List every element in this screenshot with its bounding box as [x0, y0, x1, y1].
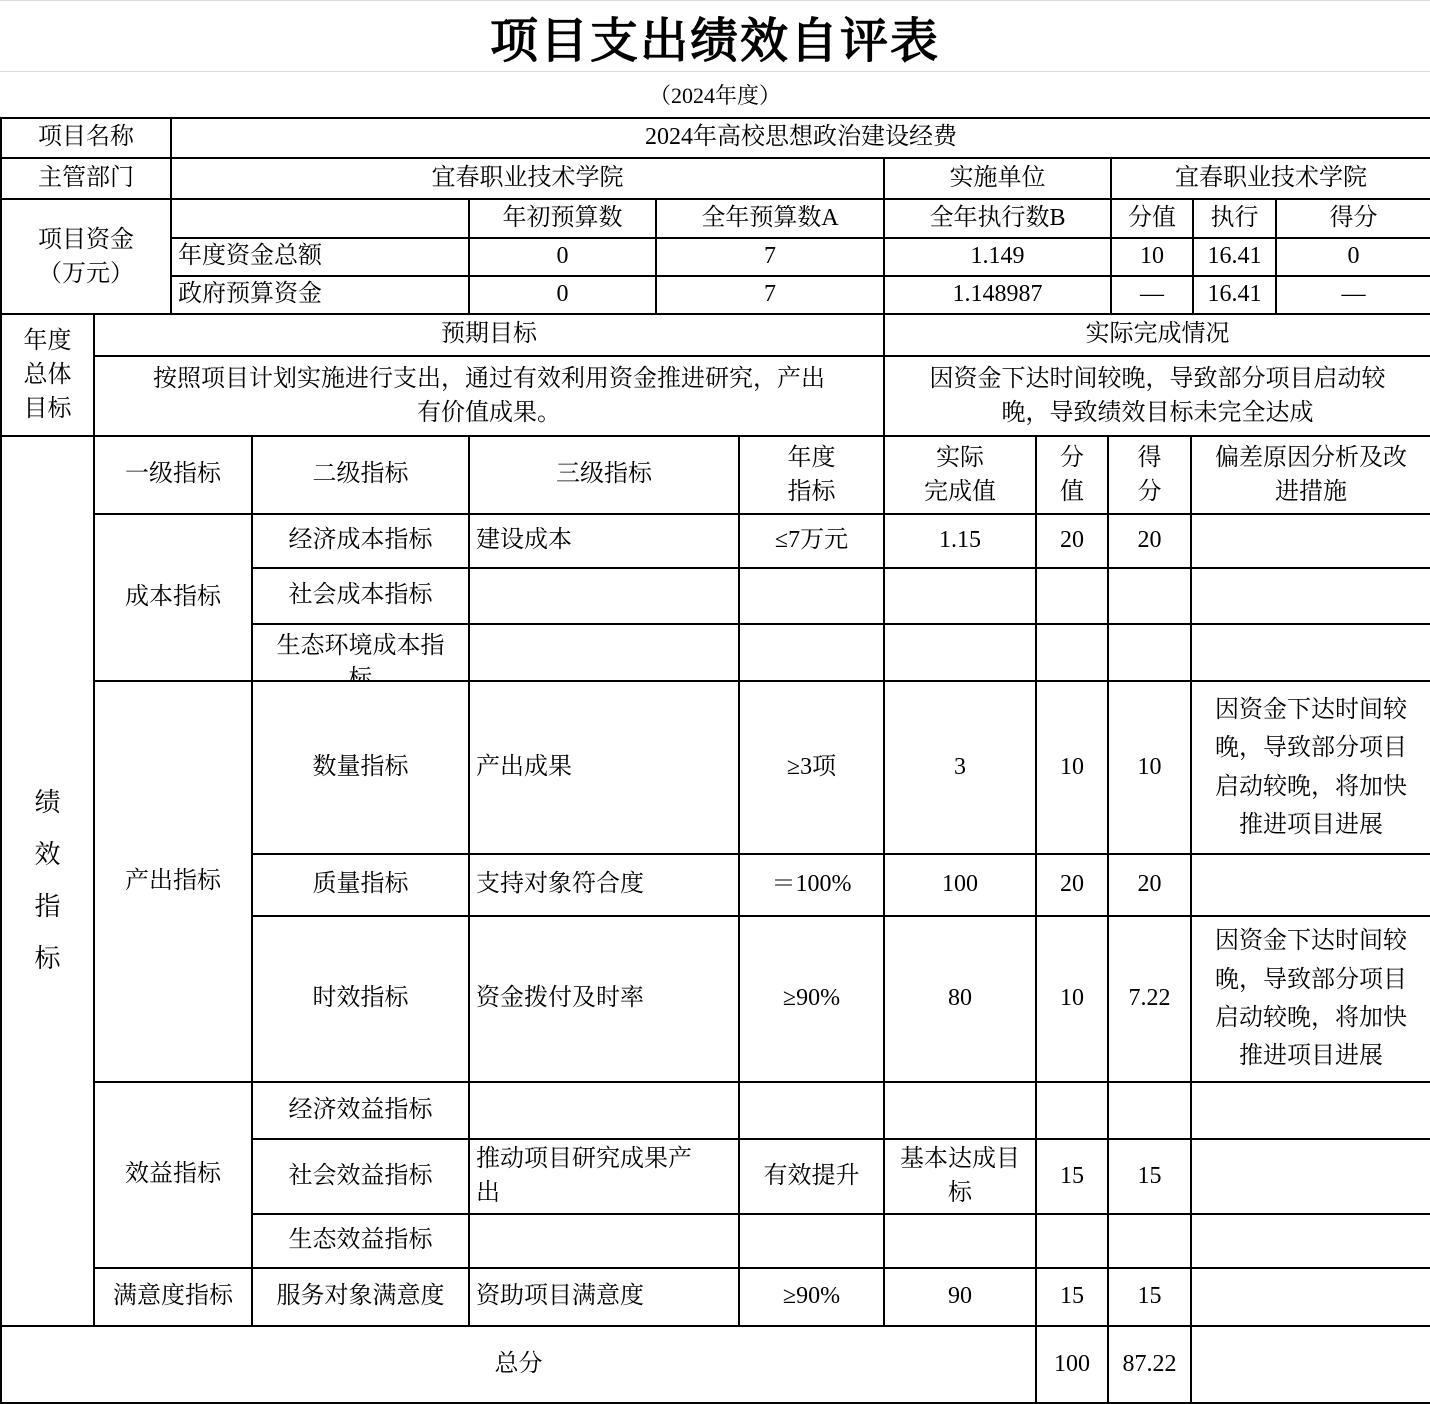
funds-cell: 16.41 — [1192, 275, 1277, 315]
perf-group-cost: 成本指标 — [93, 513, 253, 682]
perf-score-cell — [1035, 1213, 1109, 1269]
perf-annual-cell: 有效提升 — [738, 1138, 885, 1215]
perf-l2-cell: 时效指标 — [251, 915, 470, 1083]
perf-points-cell — [1107, 623, 1192, 682]
funds-cell: 16.41 — [1192, 237, 1277, 277]
perf-score-cell — [1035, 1081, 1109, 1140]
perf-deviation-cell — [1190, 1267, 1430, 1327]
perf-l2-cell: 社会成本指标 — [251, 567, 470, 625]
funds-col-score: 分值 — [1110, 198, 1194, 239]
funds-cell: 1.148987 — [883, 275, 1112, 315]
perf-score-cell: 15 — [1035, 1267, 1109, 1327]
funds-cell: 7 — [655, 237, 885, 277]
perf-actual-cell: 80 — [883, 915, 1037, 1083]
self-evaluation-sheet: 项目支出绩效自评表 （2024年度） 项目名称 2024年高校思想政治建设经费 … — [0, 0, 1430, 1404]
perf-l3-cell: 资助项目满意度 — [468, 1267, 740, 1327]
perf-points-cell — [1107, 1213, 1192, 1269]
total-label: 总分 — [0, 1325, 1037, 1404]
perf-l3-cell: 资金拨付及时率 — [468, 915, 740, 1083]
total-points: 87.22 — [1107, 1325, 1192, 1404]
goals-expected-label: 预期目标 — [93, 313, 885, 357]
perf-deviation-cell — [1190, 1081, 1430, 1140]
perf-l3-cell: 产出成果 — [468, 680, 740, 855]
perf-actual-cell: 3 — [883, 680, 1037, 855]
perf-label: 绩 效 指 标 — [0, 435, 95, 1327]
perf-l2-cell: 社会效益指标 — [251, 1138, 470, 1215]
perf-deviation-cell: 因资金下达时间较 晚，导致部分项目 启动较晚，将加快 推进项目进展 — [1190, 915, 1430, 1083]
perf-points-cell: 20 — [1107, 513, 1192, 569]
funds-cell: 0 — [1275, 237, 1430, 277]
perf-actual-cell: 90 — [883, 1267, 1037, 1327]
perf-annual-cell: ≥90% — [738, 1267, 885, 1327]
perf-header-annual: 年度 指标 — [738, 435, 885, 515]
perf-l2-cell: 质量指标 — [251, 853, 470, 917]
dept-label: 主管部门 — [0, 157, 172, 200]
total-deviation-cell — [1190, 1325, 1430, 1404]
perf-header-l2: 二级指标 — [251, 435, 470, 515]
perf-header-deviation: 偏差原因分析及改 进措施 — [1190, 435, 1430, 515]
perf-l2-cell: 数量指标 — [251, 680, 470, 855]
perf-annual-cell: ≥90% — [738, 915, 885, 1083]
goals-actual-label: 实际完成情况 — [883, 313, 1430, 357]
perf-l3-cell — [468, 1081, 740, 1140]
perf-points-cell: 7.22 — [1107, 915, 1192, 1083]
perf-annual-cell — [738, 1213, 885, 1269]
perf-l3-cell — [468, 1213, 740, 1269]
dept-value: 宜春职业技术学院 — [170, 157, 885, 200]
perf-points-cell: 20 — [1107, 853, 1192, 917]
perf-l3-cell — [468, 623, 740, 682]
funds-col-initial: 年初预算数 — [468, 198, 657, 239]
perf-actual-cell: 1.15 — [883, 513, 1037, 569]
perf-actual-cell: 100 — [883, 853, 1037, 917]
perf-actual-cell — [883, 567, 1037, 625]
perf-group-output: 产出指标 — [93, 680, 253, 1083]
funds-cell: — — [1275, 275, 1430, 315]
perf-annual-cell — [738, 567, 885, 625]
perf-points-cell: 15 — [1107, 1138, 1192, 1215]
funds-col-exec: 执行 — [1192, 198, 1277, 239]
perf-l2-cell: 生态环境成本指 标 — [251, 623, 470, 682]
project-name-label: 项目名称 — [0, 117, 172, 159]
perf-group-satisfaction: 满意度指标 — [93, 1267, 253, 1327]
perf-score-cell — [1035, 623, 1109, 682]
perf-annual-cell: ＝100% — [738, 853, 885, 917]
perf-l3-cell: 建设成本 — [468, 513, 740, 569]
perf-actual-cell: 基本达成目 标 — [883, 1138, 1037, 1215]
perf-actual-cell — [883, 1213, 1037, 1269]
perf-l2-cell: 服务对象满意度 — [251, 1267, 470, 1327]
perf-deviation-cell — [1190, 513, 1430, 569]
perf-l2-cell: 经济效益指标 — [251, 1081, 470, 1140]
funds-cell: 0 — [468, 275, 657, 315]
total-score: 100 — [1035, 1325, 1109, 1404]
perf-l3-cell: 支持对象符合度 — [468, 853, 740, 917]
perf-score-cell: 20 — [1035, 853, 1109, 917]
perf-l2-cell: 经济成本指标 — [251, 513, 470, 569]
goals-expected-text: 按照项目计划实施进行支出，通过有效利用资金推进研究，产出 有价值成果。 — [93, 355, 885, 437]
funds-col-annual: 全年预算数A — [655, 198, 885, 239]
perf-header-l1: 一级指标 — [93, 435, 253, 515]
page-subtitle: （2024年度） — [0, 72, 1430, 117]
funds-cell: 1.149 — [883, 237, 1112, 277]
project-name-value: 2024年高校思想政治建设经费 — [170, 117, 1430, 159]
perf-annual-cell — [738, 623, 885, 682]
perf-score-cell: 10 — [1035, 680, 1109, 855]
funds-cell: 10 — [1110, 237, 1194, 277]
unit-value: 宜春职业技术学院 — [1110, 157, 1430, 200]
perf-points-cell: 15 — [1107, 1267, 1192, 1327]
perf-header-score: 分 值 — [1035, 435, 1109, 515]
perf-annual-cell: ≥3项 — [738, 680, 885, 855]
goals-label: 年度 总体 目标 — [0, 313, 95, 437]
funds-row-name: 年度资金总额 — [170, 237, 470, 277]
funds-row-name: 政府预算资金 — [170, 275, 470, 315]
funds-col-points: 得分 — [1275, 198, 1430, 239]
funds-cell: 0 — [468, 237, 657, 277]
perf-deviation-cell: 因资金下达时间较 晚，导致部分项目 启动较晚，将加快 推进项目进展 — [1190, 680, 1430, 855]
perf-score-cell: 10 — [1035, 915, 1109, 1083]
perf-deviation-cell — [1190, 1138, 1430, 1215]
perf-actual-cell — [883, 1081, 1037, 1140]
perf-score-cell — [1035, 567, 1109, 625]
empty-cell — [170, 198, 470, 239]
perf-deviation-cell — [1190, 853, 1430, 917]
perf-deviation-cell — [1190, 567, 1430, 625]
perf-header-points: 得 分 — [1107, 435, 1192, 515]
perf-score-cell: 15 — [1035, 1138, 1109, 1215]
unit-label: 实施单位 — [883, 157, 1112, 200]
perf-actual-cell — [883, 623, 1037, 682]
perf-group-benefit: 效益指标 — [93, 1081, 253, 1269]
perf-annual-cell: ≤7万元 — [738, 513, 885, 569]
perf-annual-cell — [738, 1081, 885, 1140]
perf-points-cell: 10 — [1107, 680, 1192, 855]
perf-score-cell: 20 — [1035, 513, 1109, 569]
funds-cell: 7 — [655, 275, 885, 315]
perf-l2-cell: 生态效益指标 — [251, 1213, 470, 1269]
goals-actual-text: 因资金下达时间较晚，导致部分项目启动较 晚，导致绩效目标未完全达成 — [883, 355, 1430, 437]
perf-header-actual: 实际 完成值 — [883, 435, 1037, 515]
funds-label: 项目资金 （万元） — [0, 198, 172, 315]
perf-deviation-cell — [1190, 623, 1430, 682]
perf-points-cell — [1107, 1081, 1192, 1140]
perf-l3-cell — [468, 567, 740, 625]
perf-l3-cell: 推动项目研究成果产 出 — [468, 1138, 740, 1215]
page-title: 项目支出绩效自评表 — [0, 0, 1430, 72]
funds-col-executed: 全年执行数B — [883, 198, 1112, 239]
funds-cell: — — [1110, 275, 1194, 315]
perf-header-l3: 三级指标 — [468, 435, 740, 515]
perf-deviation-cell — [1190, 1213, 1430, 1269]
perf-points-cell — [1107, 567, 1192, 625]
